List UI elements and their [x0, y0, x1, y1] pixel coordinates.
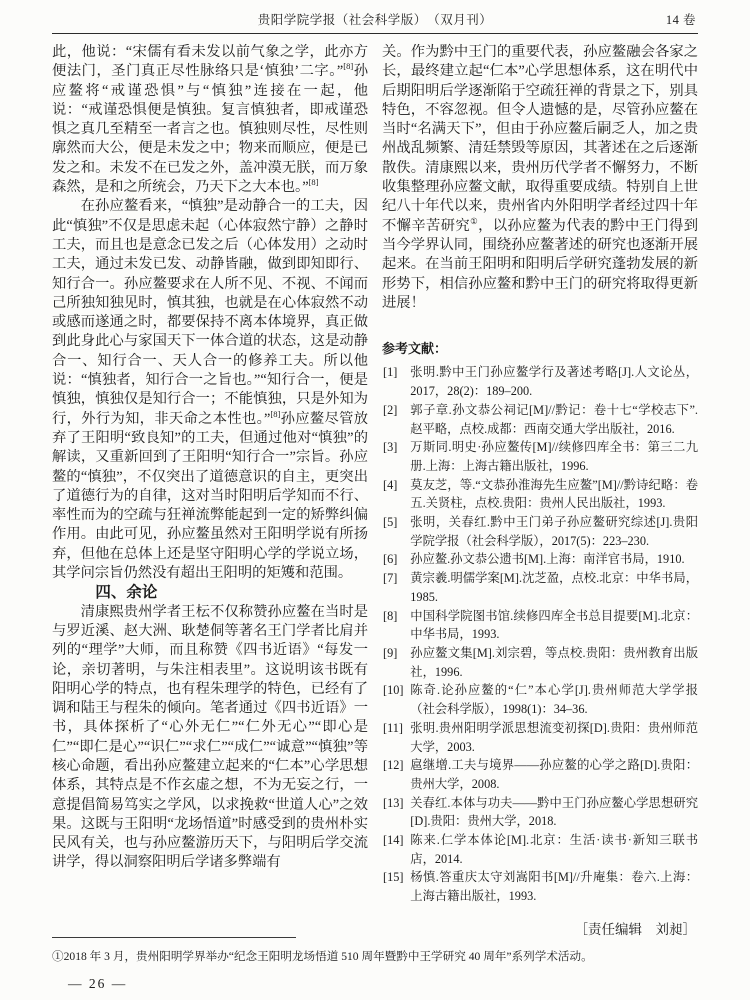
journal-title: 贵阳学院学报（社会科学版） （双月刊） [52, 10, 698, 28]
section-heading-yulun: 四、余论 [52, 583, 368, 602]
reference-text: 张明.黔中王门孙应鳌学行及著述考略[J].人文论丛，2017，28(2)：189… [410, 365, 698, 398]
page-number: — 26 — [68, 976, 127, 992]
volume-label: 14 卷 [666, 10, 696, 28]
editor-note: ［责任编辑 刘昶］ [382, 920, 698, 939]
reference-number: [5] [383, 513, 397, 532]
reference-text: 万斯同.明史·孙应鳌传[M]//续修四库全书：第三二九册.上海：上海古籍出版社，… [410, 440, 698, 473]
reference-text: 扈继增.工夫与境界——孙应鳌的心学之路[D].贵阳：贵州大学，2008. [410, 758, 698, 791]
paragraph-conclusion: 关。作为黔中王门的重要代表，孙应鳌融会各家之长，最终建立起“仁本”心学思想体系，… [382, 43, 698, 313]
reference-text: 陈来.仁学本体论[M].北京：生活·读书·新知三联书店，2014. [410, 833, 698, 866]
reference-item: [4] 莫友芝，等.“文恭孙淮海先生应鳌”[M]//黔诗纪略：卷五.关贤柱，点校… [382, 476, 698, 513]
right-column: 关。作为黔中王门的重要代表，孙应鳌融会各家之长，最终建立起“仁本”心学思想体系，… [382, 43, 698, 939]
footnote-text: ①2018 年 3 月，贵州阳明学界举办“纪念王阳明龙场悟道 510 周年暨黔中… [52, 949, 714, 964]
reference-item: [6] 孙应鳌.孙文恭公遗书[M].上海：南洋官书局，1910. [382, 550, 698, 569]
reference-item: [10] 陈奇.论孙应鳌的“仁”本心学[J].贵州师范大学学报（社会科学版），1… [382, 681, 698, 718]
reference-number: [13] [383, 794, 404, 813]
reference-number: [6] [383, 550, 397, 569]
references-list: [1] 张明.黔中王门孙应鳌学行及著述考略[J].人文论丛，2017，28(2)… [382, 363, 698, 905]
reference-number: [3] [383, 438, 397, 457]
reference-item: [1] 张明.黔中王门孙应鳌学行及著述考略[J].人文论丛，2017，28(2)… [382, 363, 698, 400]
reference-number: [15] [383, 868, 404, 887]
reference-number: [11] [383, 719, 403, 738]
reference-text: 孙应鳌.孙文恭公遗书[M].上海：南洋官书局，1910. [410, 552, 684, 566]
reference-text: 黄宗羲.明儒学案[M].沈芝盈，点校.北京：中华书局，1985. [410, 571, 698, 604]
reference-number: [1] [383, 363, 397, 382]
content-columns: 此，他说：“宋儒有看未发以前气象之学，此亦方便法门，圣门真正尽性脉络只是‘慎独’… [52, 43, 698, 939]
header-rule [52, 33, 698, 34]
references-heading: 参考文献： [382, 339, 698, 358]
reference-number: [7] [383, 569, 397, 588]
reference-number: [2] [383, 401, 397, 420]
reference-item: [8] 中国科学院图书馆.续修四库全书总目提要[M].北京：中华书局，1993. [382, 607, 698, 644]
reference-text: 中国科学院图书馆.续修四库全书总目提要[M].北京：中华书局，1993. [410, 609, 698, 642]
paragraph-yulun: 清康熙贵州学者王枟不仅称赞孙应鳌在当时是与罗近溪、赵大洲、耿楚侗等著名王门学者比… [52, 603, 368, 873]
reference-number: [9] [383, 644, 397, 663]
reference-item: [12] 扈继增.工夫与境界——孙应鳌的心学之路[D].贵阳：贵州大学，2008… [382, 756, 698, 793]
reference-item: [7] 黄宗羲.明儒学案[M].沈芝盈，点校.北京：中华书局，1985. [382, 569, 698, 606]
reference-item: [13] 关春红.本体与功夫——黔中王门孙应鳌心学思想研究[D].贵阳：贵州大学… [382, 794, 698, 831]
continued-paragraph: 此，他说：“宋儒有看未发以前气象之学，此亦方便法门，圣门真正尽性脉络只是‘慎独’… [52, 43, 368, 197]
reference-item: [2] 郭子章.孙文恭公祠记[M]//黔记：卷十七“学校志下”.赵平略，点校.成… [382, 401, 698, 438]
reference-text: 孙应鳌文集[M].刘宗碧，等点校.贵阳：贵州教育出版社，1996. [410, 646, 698, 679]
paragraph-shendu: 在孙应鳌看来，“慎独”是动静合一的工夫，因此“慎独”不仅是思虑未起（心体寂然宁静… [52, 197, 368, 583]
reference-text: 关春红.本体与功夫——黔中王门孙应鳌心学思想研究[D].贵阳：贵州大学，2018… [410, 796, 698, 829]
footnote-rule [52, 937, 296, 938]
reference-item: [5] 张明，关春红.黔中王门弟子孙应鳌研究综述[J].贵阳学院学报（社会科学版… [382, 513, 698, 550]
reference-text: 张明，关春红.黔中王门弟子孙应鳌研究综述[J].贵阳学院学报（社会科学版），20… [410, 515, 698, 548]
reference-item: [14] 陈来.仁学本体论[M].北京：生活·读书·新知三联书店，2014. [382, 831, 698, 868]
journal-page: 贵阳学院学报（社会科学版） （双月刊） 14 卷 此，他说：“宋儒有看未发以前气… [0, 0, 750, 1000]
reference-text: 张明.贵州阳明学派思想流变初探[D].贵阳：贵州师范大学，2003. [410, 721, 698, 754]
reference-item: [3] 万斯同.明史·孙应鳌传[M]//续修四库全书：第三二九册.上海：上海古籍… [382, 438, 698, 475]
reference-text: 莫友芝，等.“文恭孙淮海先生应鳌”[M]//黔诗纪略：卷五.关贤柱，点校.贵阳：… [410, 478, 698, 511]
reference-item: [15] 杨慎.答重庆太守刘嵩阳书[M]//升庵集：卷六.上海：上海古籍出版社，… [382, 868, 698, 905]
reference-item: [9] 孙应鳌文集[M].刘宗碧，等点校.贵阳：贵州教育出版社，1996. [382, 644, 698, 681]
reference-number: [14] [383, 831, 404, 850]
reference-number: [4] [383, 476, 397, 495]
reference-text: 陈奇.论孙应鳌的“仁”本心学[J].贵州师范大学学报（社会科学版），1998(1… [410, 683, 698, 716]
reference-number: [8] [383, 607, 397, 626]
reference-item: [11] 张明.贵州阳明学派思想流变初探[D].贵阳：贵州师范大学，2003. [382, 719, 698, 756]
page-header: 贵阳学院学报（社会科学版） （双月刊） 14 卷 [52, 10, 698, 28]
reference-number: [12] [383, 756, 404, 775]
reference-number: [10] [383, 681, 404, 700]
left-column: 此，他说：“宋儒有看未发以前气象之学，此亦方便法门，圣门真正尽性脉络只是‘慎独’… [52, 43, 368, 939]
reference-text: 杨慎.答重庆太守刘嵩阳书[M]//升庵集：卷六.上海：上海古籍出版社，1993. [410, 870, 698, 903]
reference-text: 郭子章.孙文恭公祠记[M]//黔记：卷十七“学校志下”.赵平略，点校.成都：西南… [410, 403, 698, 436]
